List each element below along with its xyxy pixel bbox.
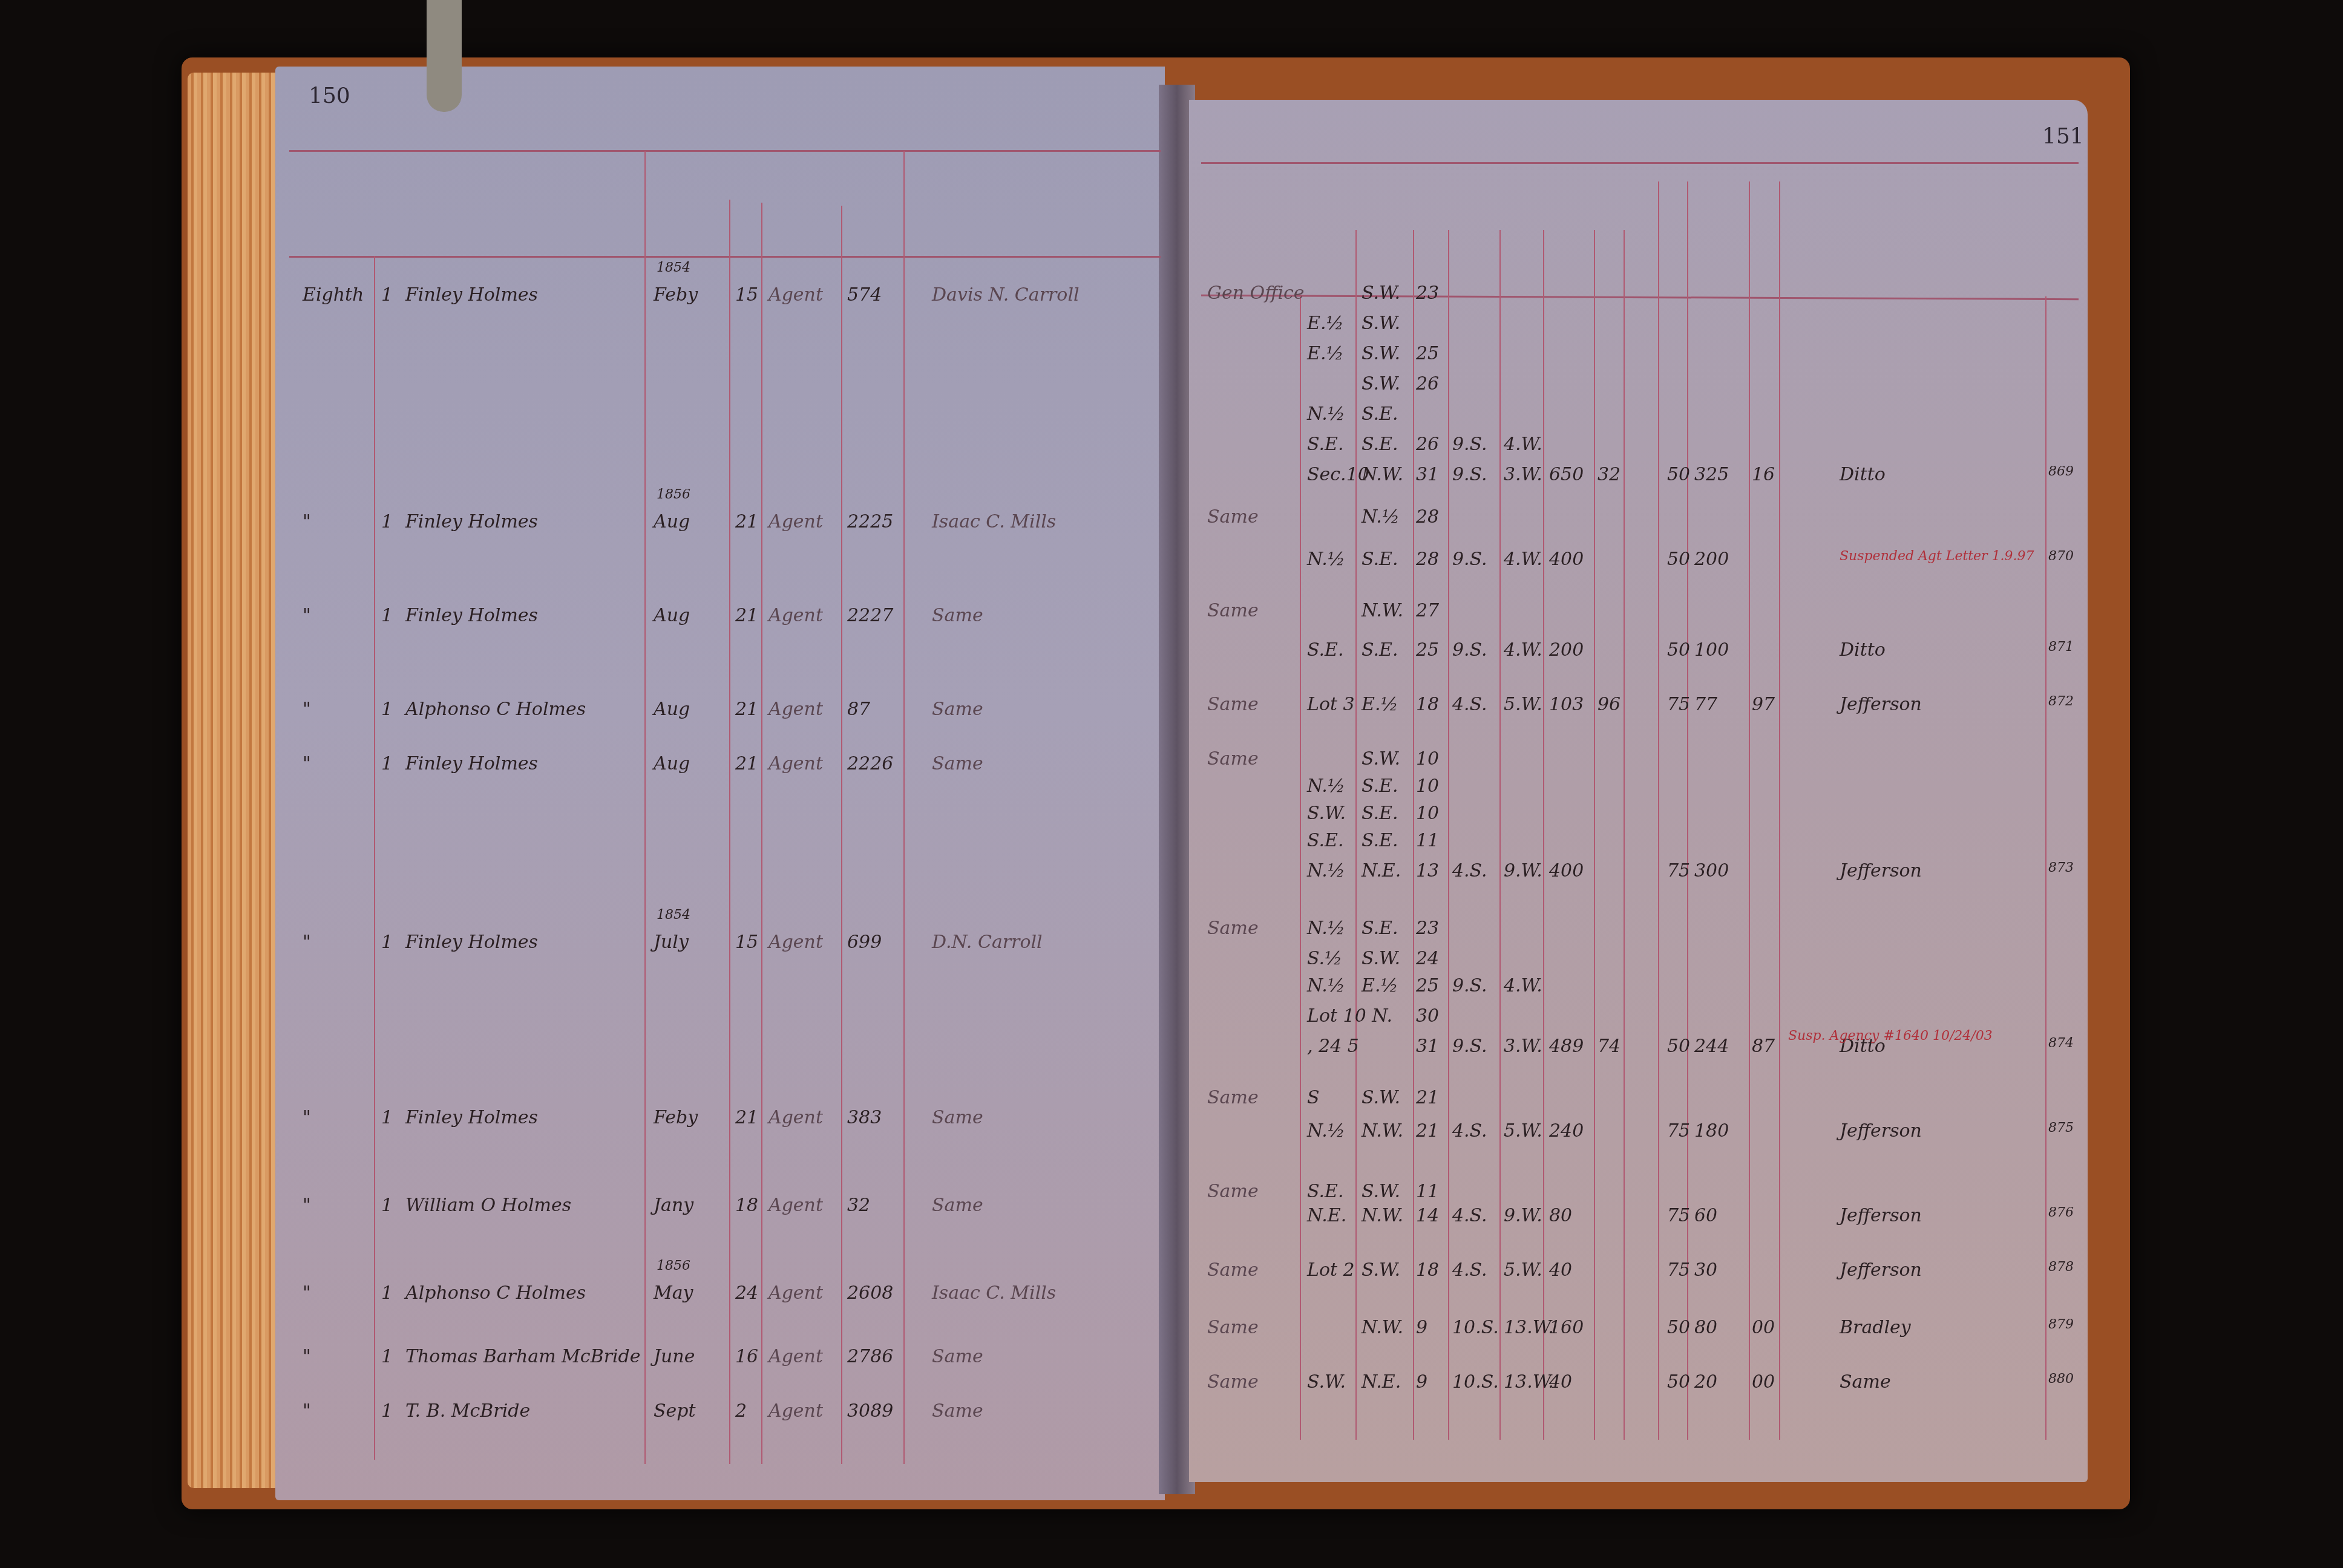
row-price: 75 [1667,694,1690,715]
row-section: 9 [1416,1371,1427,1393]
row-office: Same [1207,918,1259,939]
row-quarter: S.E. [1362,776,1398,797]
right-col-line [1448,230,1449,1440]
entry-count: 1 [381,1195,393,1216]
entry-name: Alphonso C Holmes [405,1282,586,1304]
row-quarter: N.½ [1362,506,1400,528]
row-cents: 00 [1752,1371,1775,1393]
entry-number: 574 [847,284,882,305]
left-header-rule-top [289,150,1161,152]
entry-range: " [303,1107,311,1128]
entry-name: Finley Holmes [405,932,538,953]
entry-number: 699 [847,932,882,953]
row-folio: 880 [2048,1371,2074,1387]
row-section: 31 [1416,1036,1439,1057]
row-quarter: S.W. [1362,373,1400,394]
entry-type: Agent [768,753,823,774]
row-quarter: N.W. [1362,1120,1403,1142]
entry-number: 2226 [847,753,893,774]
entry-count: 1 [381,932,393,953]
right-col-line [1594,230,1595,1440]
row-quarter: S.E. [1362,434,1398,455]
entry-number: 2225 [847,511,893,532]
row-part: Lot 10 N. [1307,1005,1392,1027]
left-col-line [729,200,730,1464]
row-part: E.½ [1307,343,1344,364]
row-price: 50 [1667,1036,1690,1057]
right-col-line [1624,230,1625,1440]
row-section: 21 [1416,1087,1439,1108]
entry-type: Agent [768,1346,823,1367]
entry-range: " [303,699,311,720]
entry-agent: Isaac C. Mills [932,1282,1056,1304]
row-quarter: S.E. [1362,639,1398,661]
row-part: S.½ [1307,948,1342,969]
entry-number: 2786 [847,1346,893,1367]
row-section: 11 [1416,1181,1439,1202]
row-amount: 180 [1694,1120,1729,1142]
row-section: 25 [1416,975,1439,996]
entry-range: " [303,932,311,953]
left-col-line [374,256,375,1460]
entry-range: " [303,511,311,532]
row-price: 75 [1667,1205,1690,1226]
row-county: Bradley [1840,1317,1911,1338]
row-range: 9.W. [1504,1205,1542,1226]
row-amount: 300 [1694,860,1729,881]
entry-month: Feby [654,1107,698,1128]
row-quarter: N.E. [1362,860,1401,881]
right-col-line [1658,181,1659,1440]
entry-agent: Same [932,605,983,626]
row-county: Ditto [1840,639,1886,661]
entry-day: 24 [735,1282,758,1304]
row-range: 9.W. [1504,860,1542,881]
entry-agent: Same [932,699,983,720]
entry-range: " [303,605,311,626]
row-township: 4.S. [1452,1205,1487,1226]
entry-type: Agent [768,932,823,953]
entry-name: Alphonso C Holmes [405,699,586,720]
row-price: 75 [1667,860,1690,881]
row-office: Same [1207,694,1259,715]
row-section: 11 [1416,830,1439,851]
row-cents: 00 [1752,1317,1775,1338]
row-folio: 876 [2048,1205,2074,1220]
entry-agent: Same [932,1195,983,1216]
entry-type: Agent [768,605,823,626]
right-col-line [2045,296,2046,1440]
red-annotation: Susp. Agency #1640 10/24/03 [1788,1028,1993,1044]
row-office: Same [1207,1087,1259,1108]
entry-day: 18 [735,1195,758,1216]
entry-year: 1854 [657,907,690,923]
row-acres-hundredths: 96 [1597,694,1620,715]
row-amount: 200 [1694,549,1729,570]
entry-month: Aug [654,753,690,774]
entry-year: 1854 [657,260,690,275]
row-folio: 878 [2048,1259,2074,1275]
row-quarter: S.E. [1362,830,1398,851]
row-folio: 874 [2048,1036,2074,1051]
row-part: S.E. [1307,639,1343,661]
row-amount: 20 [1694,1371,1717,1393]
row-folio: 873 [2048,860,2074,875]
row-section: 23 [1416,918,1439,939]
row-county: Same [1840,1371,1891,1393]
entry-name: William O Holmes [405,1195,571,1216]
row-cents: 87 [1752,1036,1775,1057]
right-col-line [1355,230,1357,1440]
row-section: 28 [1416,506,1439,528]
row-office: Same [1207,1259,1259,1281]
row-section: 24 [1416,948,1439,969]
right-col-line [1499,230,1501,1440]
row-quarter: S.W. [1362,1259,1400,1281]
row-county: Jefferson [1840,1259,1922,1281]
row-section: 10 [1416,803,1439,824]
row-range: 4.W. [1504,639,1542,661]
row-range: 5.W. [1504,1120,1542,1142]
row-quarter: S.W. [1362,948,1400,969]
row-range: 4.W. [1504,434,1542,455]
row-section: 13 [1416,860,1439,881]
row-amount: 325 [1694,464,1729,485]
row-price: 50 [1667,549,1690,570]
entry-range: " [303,1346,311,1367]
entry-count: 1 [381,1400,393,1422]
entry-year: 1856 [657,1258,690,1273]
row-range: 3.W. [1504,464,1542,485]
right-col-line [1543,230,1544,1440]
left-col-line [644,151,646,1464]
row-part: N.½ [1307,403,1345,425]
entry-number: 2227 [847,605,893,626]
entry-name: Finley Holmes [405,511,538,532]
left-header-rule-bottom [289,256,1161,258]
row-section: 28 [1416,549,1439,570]
row-price: 75 [1667,1120,1690,1142]
row-township: 4.S. [1452,860,1487,881]
row-price: 50 [1667,639,1690,661]
row-amount: 80 [1694,1317,1717,1338]
row-acres: 40 [1549,1371,1572,1393]
row-folio: 872 [2048,694,2074,709]
row-quarter: S.W. [1362,283,1400,304]
row-acres: 40 [1549,1259,1572,1281]
row-part: N.½ [1307,860,1345,881]
entry-count: 1 [381,284,393,305]
entry-number: 2608 [847,1282,893,1304]
left-col-line [841,206,842,1464]
row-acres: 160 [1549,1317,1584,1338]
row-quarter: S.E. [1362,918,1398,939]
row-amount: 30 [1694,1259,1717,1281]
entry-month: May [654,1282,693,1304]
entry-month: Sept [654,1400,696,1422]
row-part: E.½ [1307,313,1344,334]
entry-agent: D.N. Carroll [932,932,1043,953]
row-price: 50 [1667,1371,1690,1393]
entry-number: 87 [847,699,870,720]
entry-type: Agent [768,511,823,532]
row-township: 9.S. [1452,434,1487,455]
row-quarter: S.W. [1362,748,1400,769]
row-quarter: E.½ [1362,975,1398,996]
row-acres: 240 [1549,1120,1584,1142]
entry-day: 21 [735,511,758,532]
row-acres: 650 [1549,464,1584,485]
row-office: Same [1207,1317,1259,1338]
row-range: 4.W. [1504,975,1542,996]
row-section: 25 [1416,343,1439,364]
row-acres: 400 [1549,549,1584,570]
row-township: 10.S. [1452,1371,1499,1393]
row-acres-hundredths: 74 [1597,1036,1620,1057]
entry-month: Jany [654,1195,693,1216]
entry-day: 21 [735,699,758,720]
row-part: N.½ [1307,1120,1345,1142]
row-township: 9.S. [1452,464,1487,485]
row-acres: 400 [1549,860,1584,881]
row-part: Sec.10 [1307,464,1369,485]
entry-agent: Same [932,1346,983,1367]
entry-day: 21 [735,1107,758,1128]
row-county: Ditto [1840,464,1886,485]
entry-name: Thomas Barham McBride [405,1346,641,1367]
row-section: 31 [1416,464,1439,485]
entry-type: Agent [768,284,823,305]
row-section: 27 [1416,600,1439,621]
row-county: Suspended Agt Letter 1.9.97 [1840,549,2034,564]
entry-agent: Same [932,1400,983,1422]
entry-type: Agent [768,1195,823,1216]
entry-type: Agent [768,699,823,720]
entry-count: 1 [381,1346,393,1367]
row-quarter: N.W. [1362,600,1403,621]
row-price: 50 [1667,464,1690,485]
entry-month: Aug [654,605,690,626]
row-section: 23 [1416,283,1439,304]
row-section: 9 [1416,1317,1427,1338]
entry-agent: Same [932,1107,983,1128]
entry-month: July [654,932,689,953]
row-part: Lot 2 [1307,1259,1355,1281]
entry-type: Agent [768,1282,823,1304]
row-county: Jefferson [1840,1205,1922,1226]
row-part: Lot 3 [1307,694,1355,715]
row-range: 3.W. [1504,1036,1542,1057]
entry-month: Feby [654,284,698,305]
row-quarter: N.W. [1362,1317,1403,1338]
entry-month: June [654,1346,695,1367]
row-section: 30 [1416,1005,1439,1027]
row-county: Jefferson [1840,860,1922,881]
row-part: N.E. [1307,1205,1346,1226]
row-section: 26 [1416,373,1439,394]
row-township: 10.S. [1452,1317,1499,1338]
row-township: 4.S. [1452,1259,1487,1281]
entry-year: 1856 [657,487,690,502]
row-section: 25 [1416,639,1439,661]
row-folio: 869 [2048,464,2074,479]
entry-number: 383 [847,1107,882,1128]
row-township: 9.S. [1452,639,1487,661]
row-part: N.½ [1307,776,1345,797]
entry-name: Finley Holmes [405,1107,538,1128]
entry-number: 3089 [847,1400,893,1422]
row-range: 13.W. [1504,1371,1554,1393]
row-quarter: S.W. [1362,343,1400,364]
entry-number: 32 [847,1195,870,1216]
row-folio: 870 [2048,549,2074,564]
row-range: 13.W. [1504,1317,1554,1338]
left-col-line [761,203,762,1464]
entry-month: Aug [654,699,690,720]
entry-count: 1 [381,511,393,532]
row-quarter: N.W. [1362,464,1403,485]
entry-month: Aug [654,511,690,532]
row-office: Gen Office [1207,283,1305,304]
row-section: 10 [1416,748,1439,769]
entry-count: 1 [381,605,393,626]
row-range: 5.W. [1504,1259,1542,1281]
row-office: Same [1207,748,1259,769]
right-col-line [1413,230,1414,1440]
row-part: S.E. [1307,830,1343,851]
entry-name: Finley Holmes [405,284,538,305]
row-county: Jefferson [1840,1120,1922,1142]
entry-count: 1 [381,1282,393,1304]
row-amount: 100 [1694,639,1729,661]
left-col-line [903,151,905,1464]
row-cents: 97 [1752,694,1775,715]
right-col-line [1779,181,1780,1440]
row-folio: 871 [2048,639,2074,655]
row-quarter: S.E. [1362,549,1398,570]
row-price: 50 [1667,1317,1690,1338]
row-part: N.½ [1307,918,1345,939]
row-amount: 77 [1694,694,1717,715]
row-quarter: E.½ [1362,694,1398,715]
row-range: 5.W. [1504,694,1542,715]
row-range: 4.W. [1504,549,1542,570]
row-part: S [1307,1087,1320,1108]
row-county: Jefferson [1840,694,1922,715]
row-acres-hundredths: 32 [1597,464,1620,485]
row-acres: 200 [1549,639,1584,661]
right-col-line [1300,296,1301,1440]
row-quarter: S.E. [1362,403,1398,425]
entry-range: " [303,1282,311,1304]
metal-page-clip [427,0,462,112]
right-col-line [1749,181,1750,1440]
row-amount: 60 [1694,1205,1717,1226]
row-township: 4.S. [1452,694,1487,715]
row-part: N.½ [1307,549,1345,570]
row-township: 9.S. [1452,1036,1487,1057]
row-office: Same [1207,506,1259,528]
row-amount: 244 [1694,1036,1729,1057]
row-price: 75 [1667,1259,1690,1281]
entry-range: Eighth [303,284,364,305]
entry-count: 1 [381,753,393,774]
right-col-line [1687,181,1688,1440]
row-acres: 489 [1549,1036,1584,1057]
right-header-rule-top [1201,162,2079,164]
row-part: S.W. [1307,803,1346,824]
entry-name: Finley Holmes [405,753,538,774]
row-acres: 80 [1549,1205,1572,1226]
entry-agent: Same [932,753,983,774]
entry-day: 15 [735,932,758,953]
row-quarter: S.W. [1362,1181,1400,1202]
entry-range: " [303,1400,311,1422]
row-part: , 24 5 [1307,1036,1359,1057]
row-quarter: S.E. [1362,803,1398,824]
row-township: 4.S. [1452,1120,1487,1142]
row-township: 9.S. [1452,975,1487,996]
row-quarter: N.W. [1362,1205,1403,1226]
entry-day: 15 [735,284,758,305]
row-section: 14 [1416,1205,1439,1226]
row-quarter: S.W. [1362,313,1400,334]
entry-day: 16 [735,1346,758,1367]
page-edges [188,73,278,1488]
left-page-number: 150 [309,83,350,108]
row-office: Same [1207,1371,1259,1393]
entry-agent: Davis N. Carroll [932,284,1080,305]
entry-day: 21 [735,605,758,626]
row-cents: 16 [1752,464,1775,485]
entry-day: 2 [735,1400,747,1422]
entry-range: " [303,1195,311,1216]
entry-agent: Isaac C. Mills [932,511,1056,532]
entry-count: 1 [381,699,393,720]
row-part: N.½ [1307,975,1345,996]
entry-day: 21 [735,753,758,774]
row-section: 18 [1416,1259,1439,1281]
row-section: 26 [1416,434,1439,455]
row-quarter: N.E. [1362,1371,1401,1393]
right-page-number: 151 [2042,124,2084,149]
entry-name: Finley Holmes [405,605,538,626]
entry-name: T. B. McBride [405,1400,530,1422]
row-quarter: S.W. [1362,1087,1400,1108]
row-folio: 875 [2048,1120,2074,1135]
row-office: Same [1207,600,1259,621]
row-folio: 879 [2048,1317,2074,1332]
row-section: 18 [1416,694,1439,715]
row-township: 9.S. [1452,549,1487,570]
row-acres: 103 [1549,694,1584,715]
row-part: S.E. [1307,1181,1343,1202]
row-part: S.E. [1307,434,1343,455]
entry-type: Agent [768,1400,823,1422]
entry-type: Agent [768,1107,823,1128]
entry-count: 1 [381,1107,393,1128]
row-section: 10 [1416,776,1439,797]
entry-range: " [303,753,311,774]
row-office: Same [1207,1181,1259,1202]
row-section: 21 [1416,1120,1439,1142]
row-part: S.W. [1307,1371,1346,1393]
